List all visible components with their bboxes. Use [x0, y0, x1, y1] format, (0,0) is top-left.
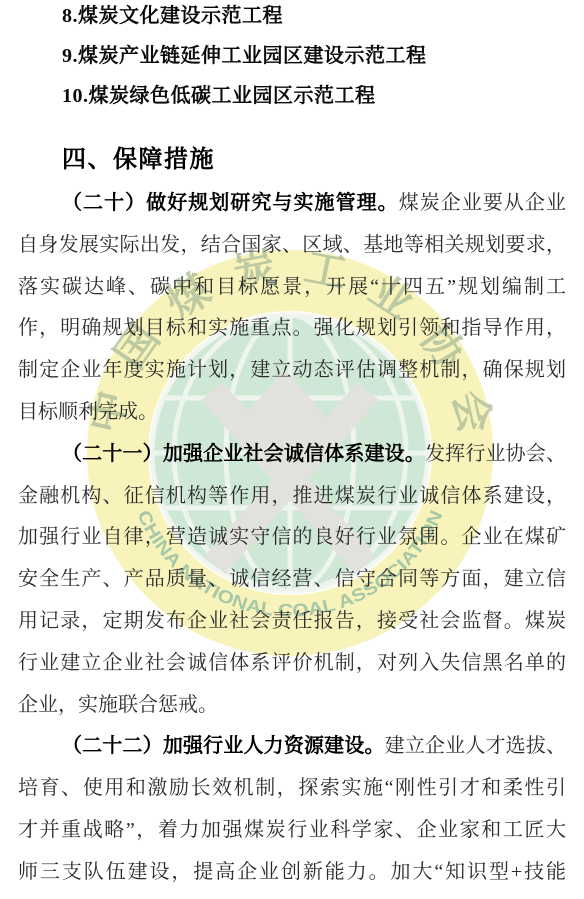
body-paragraphs: （二十）做好规划研究与实施管理。煤炭企业要从企业自身发展实际出发，结合国家、区域… — [18, 183, 566, 894]
text-line: （二十二）加强行业人力资源建设。建立企业人才选拔、 — [18, 726, 566, 768]
text-line: 落实碳达峰、碳中和目标愿景，开展“十四五”规划编制工 — [18, 267, 566, 309]
text-line: （二十）做好规划研究与实施管理。煤炭企业要从企业 — [18, 183, 566, 225]
paragraph-text: 煤炭企业要从企业 — [399, 192, 566, 214]
list-item: 9.煤炭产业链延伸工业园区建设示范工程 — [0, 36, 584, 76]
text-line: 安全生产、产品质量、诚信经营、信守合同等方面，建立信 — [18, 559, 566, 601]
text-line: 培育、使用和激励长效机制，探索实施“刚性引才和柔性引 — [18, 768, 566, 810]
paragraph-text: 行业建立企业社会诚信体系评价机制，对列入失信黑名单的 — [18, 652, 566, 674]
paragraph-text: 师三支队伍建设，提高企业创新能力。加大“知识型+技能 — [18, 861, 566, 883]
paragraph-lead: （二十二）加强行业人力资源建设。 — [62, 735, 385, 757]
paragraph-text: 目标顺利完成。 — [18, 401, 158, 423]
text-line: 作，明确规划目标和实施重点。强化规划引领和指导作用， — [18, 308, 566, 350]
section-heading: 四、保障措施 — [62, 139, 215, 174]
text-line: （二十一）加强企业社会诚信体系建设。发挥行业协会、 — [18, 434, 566, 476]
paragraph: （二十一）加强企业社会诚信体系建设。发挥行业协会、金融机构、征信机构等作用，推进… — [18, 434, 566, 727]
paragraph-text: 企业，实施联合惩戒。 — [18, 694, 218, 716]
paragraph-text: 才并重战略”，着力加强煤炭行业科学家、企业家和工匠大 — [18, 819, 566, 841]
paragraph-text: 建立企业人才选拔、 — [385, 735, 566, 757]
demonstration-project-list: 8.煤炭文化建设示范工程9.煤炭产业链延伸工业园区建设示范工程10.煤炭绿色低碳… — [0, 0, 584, 116]
text-line: 加强行业自律，营造诚实守信的良好行业氛围。企业在煤矿 — [18, 517, 566, 559]
paragraph-text: 安全生产、产品质量、诚信经营、信守合同等方面，建立信 — [18, 568, 566, 590]
paragraph-text: 落实碳达峰、碳中和目标愿景，开展“十四五”规划编制工 — [18, 276, 566, 298]
paragraph: （二十二）加强行业人力资源建设。建立企业人才选拔、培育、使用和激励长效机制，探索… — [18, 726, 566, 893]
paragraph-text: 自身发展实际出发，结合国家、区域、基地等相关规划要求， — [18, 234, 566, 256]
paragraph-text: 培育、使用和激励长效机制，探索实施“刚性引才和柔性引 — [18, 777, 566, 799]
document-page: 8.煤炭文化建设示范工程9.煤炭产业链延伸工业园区建设示范工程10.煤炭绿色低碳… — [0, 0, 584, 899]
text-line: 企业，实施联合惩戒。 — [18, 685, 566, 727]
text-line: 制定企业年度实施计划，建立动态评估调整机制，确保规划 — [18, 350, 566, 392]
list-item: 8.煤炭文化建设示范工程 — [0, 0, 584, 36]
text-line: 才并重战略”，着力加强煤炭行业科学家、企业家和工匠大 — [18, 810, 566, 852]
paragraph-text: 加强行业自律，营造诚实守信的良好行业氛围。企业在煤矿 — [18, 526, 566, 548]
paragraph-text: 发挥行业协会、 — [425, 443, 566, 465]
paragraph-text: 作，明确规划目标和实施重点。强化规划引领和指导作用， — [18, 317, 566, 339]
text-line: 行业建立企业社会诚信体系评价机制，对列入失信黑名单的 — [18, 643, 566, 685]
paragraph: （二十）做好规划研究与实施管理。煤炭企业要从企业自身发展实际出发，结合国家、区域… — [18, 183, 566, 434]
text-line: 金融机构、征信机构等作用，推进煤炭行业诚信体系建设， — [18, 476, 566, 518]
paragraph-lead: （二十）做好规划研究与实施管理。 — [62, 192, 399, 214]
paragraph-lead: （二十一）加强企业社会诚信体系建设。 — [62, 443, 425, 465]
text-line: 用记录，定期发布企业社会责任报告，接受社会监督。煤炭 — [18, 601, 566, 643]
paragraph-text: 制定企业年度实施计划，建立动态评估调整机制，确保规划 — [18, 359, 566, 381]
text-line: 自身发展实际出发，结合国家、区域、基地等相关规划要求， — [18, 225, 566, 267]
paragraph-text: 用记录，定期发布企业社会责任报告，接受社会监督。煤炭 — [18, 610, 566, 632]
paragraph-text: 金融机构、征信机构等作用，推进煤炭行业诚信体系建设， — [18, 485, 566, 507]
text-line: 师三支队伍建设，提高企业创新能力。加大“知识型+技能 — [18, 852, 566, 894]
list-item: 10.煤炭绿色低碳工业园区示范工程 — [0, 76, 584, 116]
text-line: 目标顺利完成。 — [18, 392, 566, 434]
